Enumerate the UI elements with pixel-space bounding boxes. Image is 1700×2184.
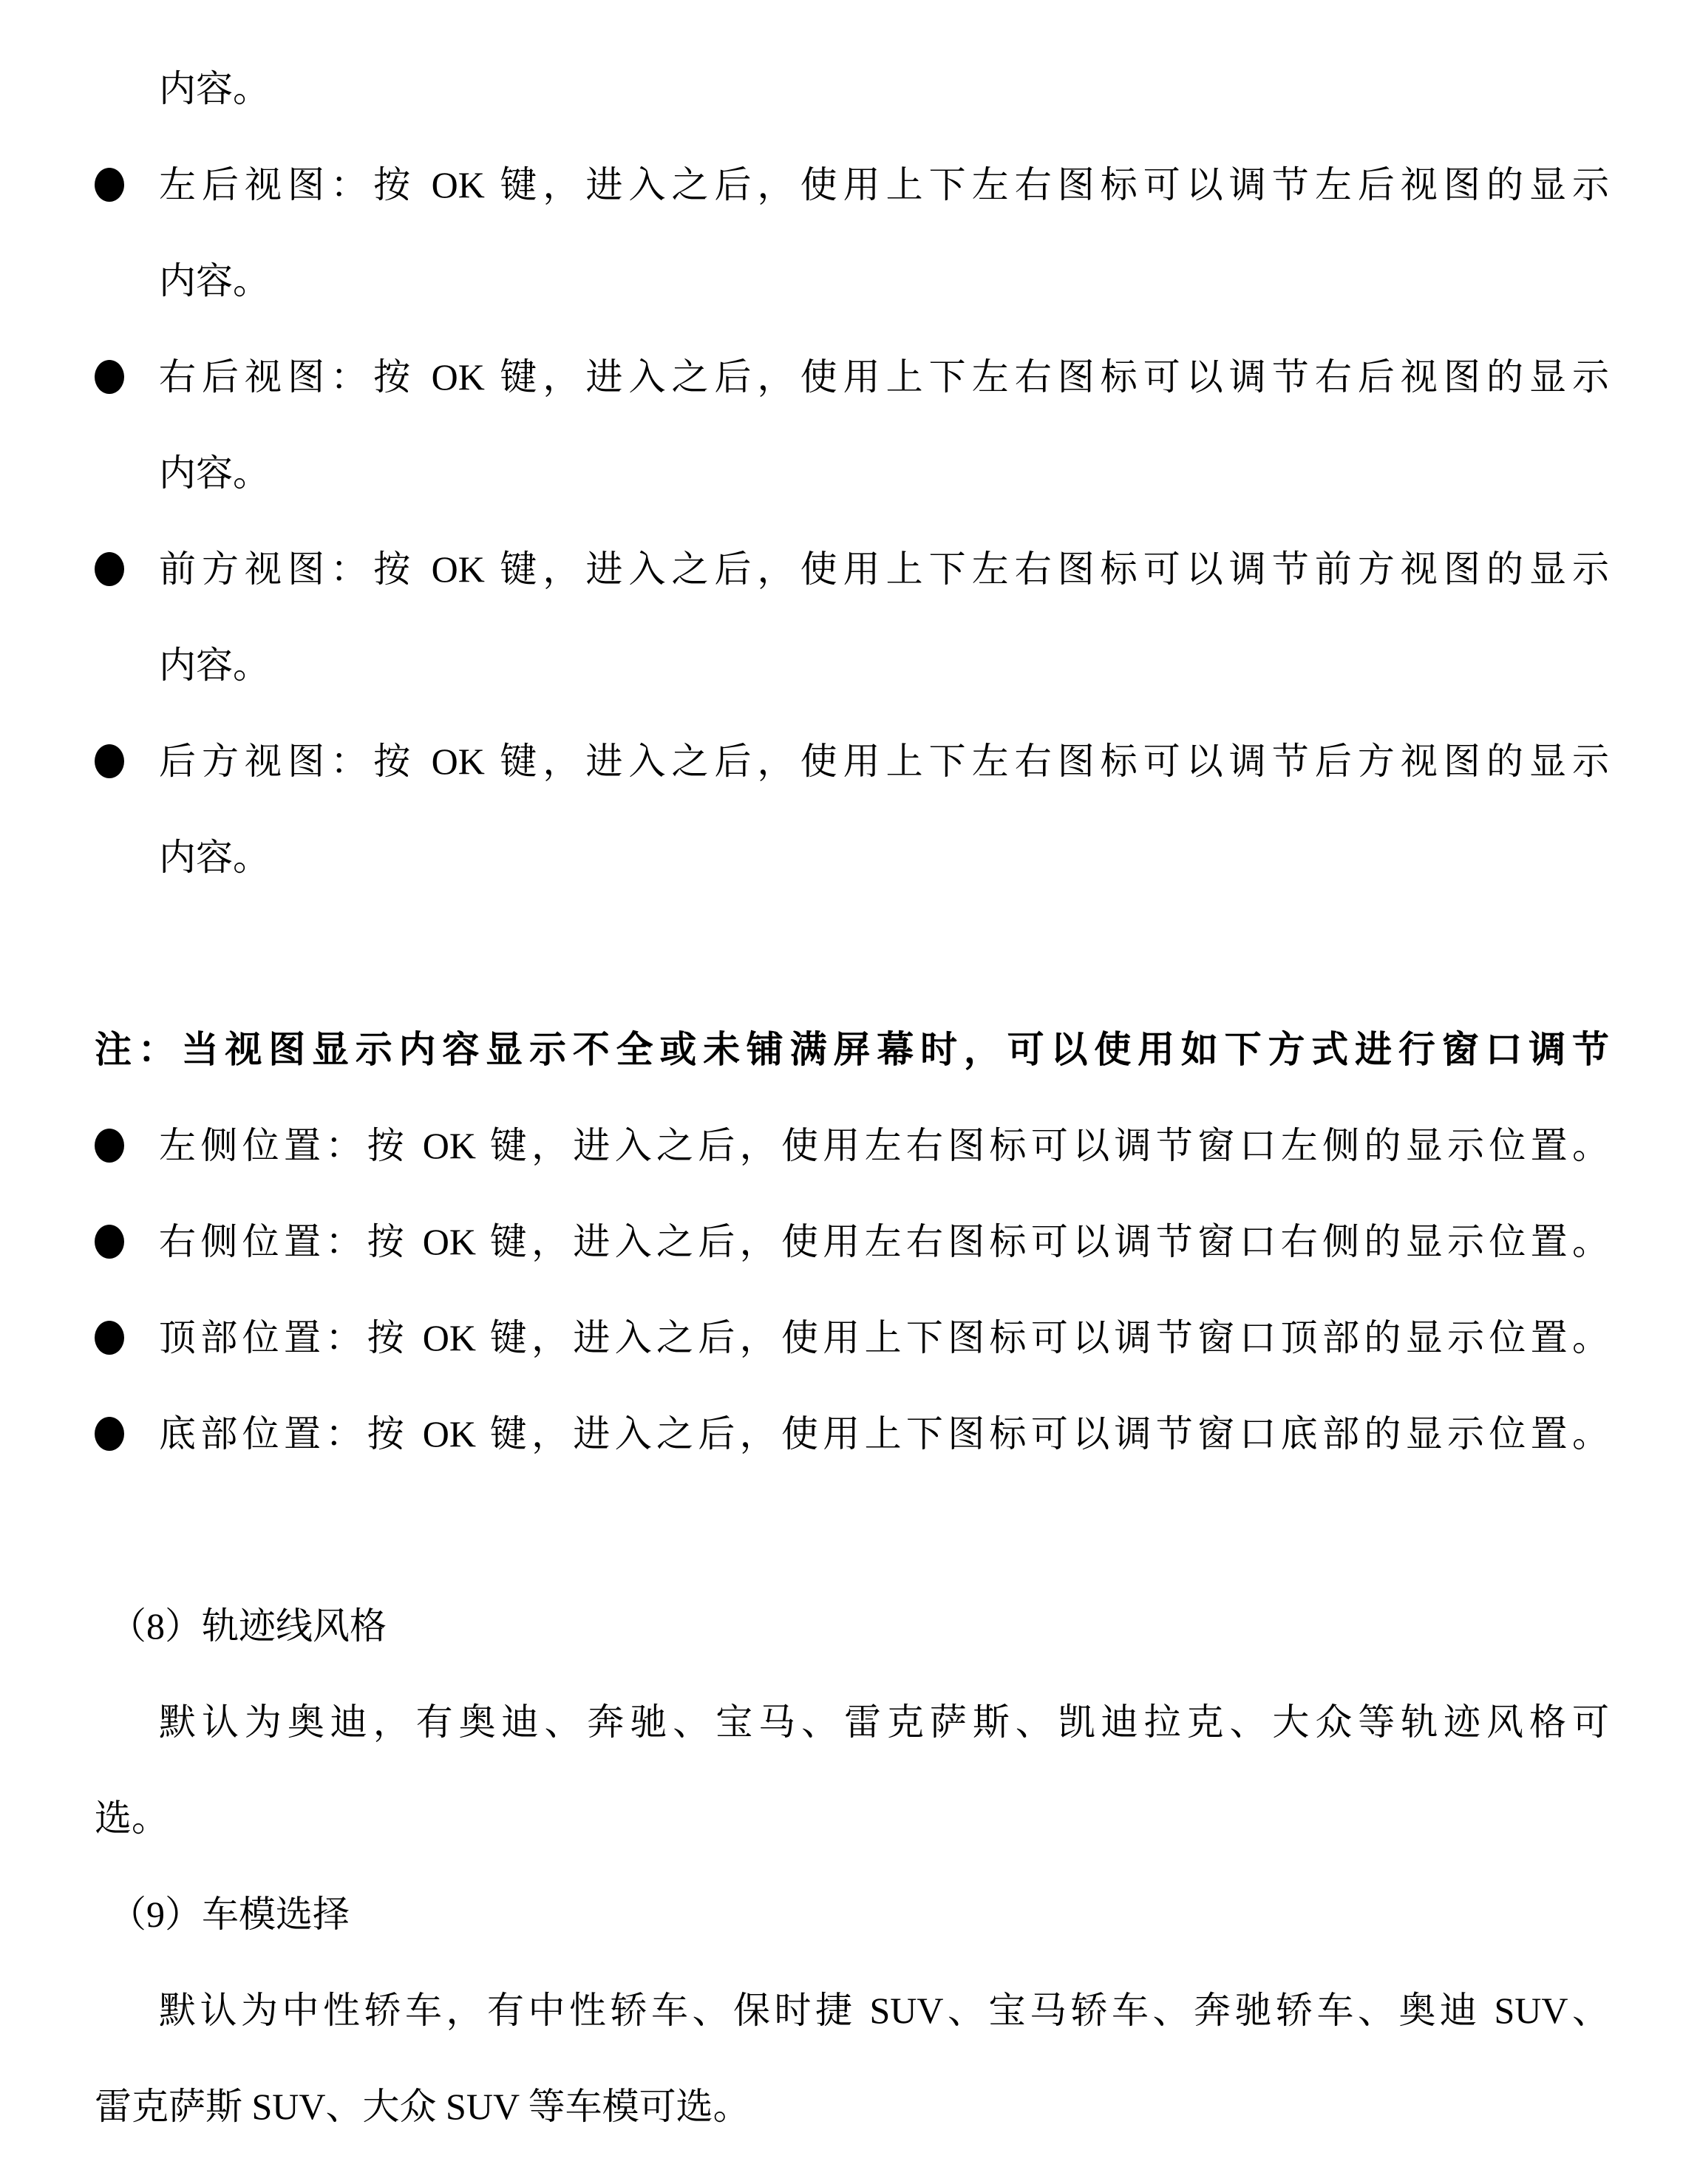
bullet-icon: [95, 168, 124, 202]
bullet-list-item-bottom-position: 底部位置：按 OK 键，进入之后，使用上下图标可以调节窗口底部的显示位置。: [95, 1386, 1609, 1482]
paragraph-continuation-line: 内容。: [95, 41, 1609, 137]
section-9-heading: （9）车模选择: [95, 1866, 1609, 1962]
list-item-text: 左侧位置：按 OK 键，进入之后，使用左右图标可以调节窗口左侧的显示位置。: [159, 1125, 1609, 1166]
paragraph-continuation-line: 内容。: [95, 425, 1609, 521]
bullet-list-item-left-rear-view: 左后视图：按 OK 键，进入之后，使用上下左右图标可以调节左后视图的显示: [95, 137, 1609, 233]
list-item-text: 顶部位置：按 OK 键，进入之后，使用上下图标可以调节窗口顶部的显示位置。: [159, 1317, 1609, 1358]
blank-line: [95, 1482, 1609, 1578]
section-8-paragraph-line: 默认为奥迪，有奥迪、奔驰、宝马、雷克萨斯、凯迪拉克、大众等轨迹风格可: [95, 1674, 1609, 1770]
bullet-list-item-right-position: 右侧位置：按 OK 键，进入之后，使用左右图标可以调节窗口右侧的显示位置。: [95, 1194, 1609, 1290]
paragraph-continuation-line: 内容。: [95, 617, 1609, 713]
section-9-paragraph-line: 默认为中性轿车，有中性轿车、保时捷 SUV、宝马轿车、奔驰轿车、奥迪 SUV、: [95, 1962, 1609, 2058]
bullet-icon: [95, 744, 124, 778]
list-item-text: 底部位置：按 OK 键，进入之后，使用上下图标可以调节窗口底部的显示位置。: [159, 1413, 1609, 1455]
bullet-icon: [95, 1321, 124, 1355]
list-item-text: 后方视图：按 OK 键，进入之后，使用上下左右图标可以调节后方视图的显示: [159, 741, 1609, 782]
section-8-heading: （8）轨迹线风格: [95, 1578, 1609, 1674]
bullet-list-item-left-position: 左侧位置：按 OK 键，进入之后，使用左右图标可以调节窗口左侧的显示位置。: [95, 1098, 1609, 1194]
list-item-text: 右后视图：按 OK 键，进入之后，使用上下左右图标可以调节右后视图的显示: [159, 356, 1609, 398]
list-item-text: 前方视图：按 OK 键，进入之后，使用上下左右图标可以调节前方视图的显示: [159, 548, 1609, 590]
bullet-icon: [95, 1417, 124, 1451]
list-item-text: 左后视图：按 OK 键，进入之后，使用上下左右图标可以调节左后视图的显示: [159, 164, 1609, 205]
bullet-list-item-right-rear-view: 右后视图：按 OK 键，进入之后，使用上下左右图标可以调节右后视图的显示: [95, 329, 1609, 425]
bullet-icon: [95, 1129, 124, 1163]
bullet-list-item-front-view: 前方视图：按 OK 键，进入之后，使用上下左右图标可以调节前方视图的显示: [95, 521, 1609, 617]
list-item-text: 右侧位置：按 OK 键，进入之后，使用左右图标可以调节窗口右侧的显示位置。: [159, 1221, 1609, 1262]
paragraph-continuation-line: 内容。: [95, 809, 1609, 905]
bullet-list-item-top-position: 顶部位置：按 OK 键，进入之后，使用上下图标可以调节窗口顶部的显示位置。: [95, 1290, 1609, 1386]
section-8-paragraph-line: 选。: [95, 1770, 1609, 1866]
bullet-list-item-rear-view: 后方视图：按 OK 键，进入之后，使用上下左右图标可以调节后方视图的显示: [95, 713, 1609, 809]
blank-line: [95, 905, 1609, 1001]
section-9-paragraph-line: 雷克萨斯 SUV、大众 SUV 等车模可选。: [95, 2058, 1609, 2154]
note-heading: 注：当视图显示内容显示不全或未铺满屏幕时，可以使用如下方式进行窗口调节: [95, 1001, 1609, 1098]
bullet-icon: [95, 360, 124, 394]
bullet-icon: [95, 552, 124, 586]
bullet-icon: [95, 1225, 124, 1259]
paragraph-continuation-line: 内容。: [95, 233, 1609, 329]
document-page: 内容。 左后视图：按 OK 键，进入之后，使用上下左右图标可以调节左后视图的显示…: [0, 0, 1700, 2184]
